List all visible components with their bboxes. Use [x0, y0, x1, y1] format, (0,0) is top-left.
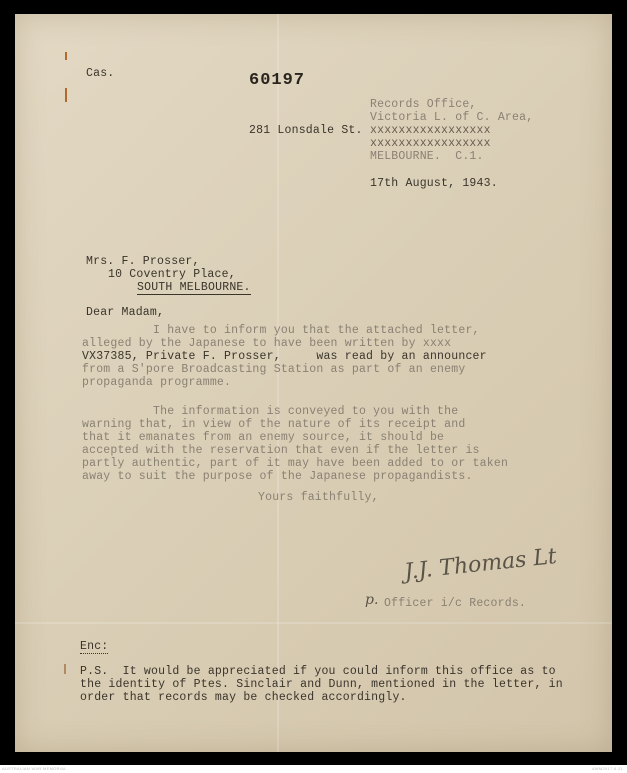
enclosure-label: Enc: — [80, 640, 108, 654]
letter-date: 17th August, 1943. — [370, 177, 498, 191]
sender-line2: Victoria L. of C. Area, — [370, 111, 533, 125]
staple-mark-icon — [65, 88, 67, 102]
staple-mark-icon — [65, 52, 67, 60]
closing: Yours faithfully, — [258, 491, 379, 505]
recipient-name: Mrs. F. Prosser, — [86, 255, 200, 269]
footer-institution: AUSTRALIAN WAR MEMORIAL — [2, 766, 67, 771]
sender-city: MELBOURNE. C.1. — [370, 150, 484, 164]
pp-mark: p. — [365, 592, 378, 608]
footer-accession: AWM2017.6.21 — [592, 766, 623, 771]
recipient-street: 10 Coventry Place, — [108, 268, 236, 282]
sender-line1: Records Office, — [370, 98, 477, 112]
sender-struck-line2: xxxxxxxxxxxxxxxxx — [370, 137, 491, 151]
sender-street: 281 Lonsdale St. — [249, 124, 363, 138]
signatory-title: Officer i/c Records. — [384, 597, 526, 611]
recipient-city: SOUTH MELBOURNE. — [137, 281, 251, 295]
reference-number: 60197 — [249, 74, 305, 88]
footer-bar — [0, 765, 627, 773]
fold-line-horizontal — [15, 622, 612, 624]
salutation: Dear Madam, — [86, 306, 164, 320]
reference-prefix: Cas. — [86, 67, 114, 81]
margin-mark-icon — [64, 664, 66, 674]
sender-struck-line1: xxxxxxxxxxxxxxxxx — [370, 124, 491, 138]
